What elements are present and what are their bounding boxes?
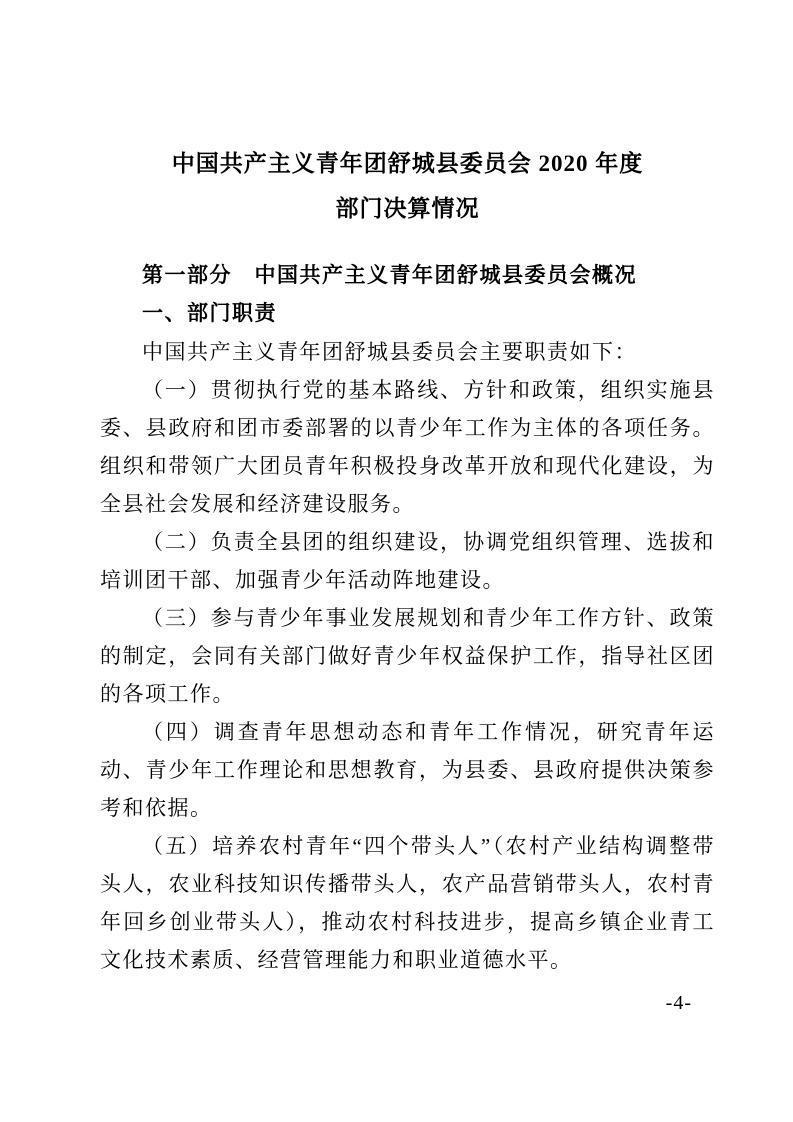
title-line-2: 部门决算情况 <box>100 186 715 231</box>
intro-paragraph: 中国共产主义青年团舒城县委员会主要职责如下： <box>100 333 715 371</box>
duty-paragraph-4: （四）调查青年思想动态和青年工作情况，研究青年运动、青少年工作理论和思想教育，为… <box>100 713 715 827</box>
part-one-heading: 第一部分 中国共产主义青年团舒城县委员会概况 <box>100 257 715 295</box>
section-heading-duties: 一、部门职责 <box>100 295 715 333</box>
title-line-1: 中国共产主义青年团舒城县委员会 2020 年度 <box>100 141 715 186</box>
duty-paragraph-3: （三）参与青少年事业发展规划和青少年工作方针、政策的制定，会同有关部门做好青少年… <box>100 599 715 713</box>
duty-paragraph-2: （二）负责全县团的组织建设，协调党组织管理、选拔和培训团干部、加强青少年活动阵地… <box>100 523 715 599</box>
duty-paragraph-1: （一）贯彻执行党的基本路线、方针和政策，组织实施县委、县政府和团市委部署的以青少… <box>100 371 715 523</box>
document-title: 中国共产主义青年团舒城县委员会 2020 年度 部门决算情况 <box>100 141 715 231</box>
document-page: 中国共产主义青年团舒城县委员会 2020 年度 部门决算情况 第一部分 中国共产… <box>0 0 793 1122</box>
duty-paragraph-5: （五）培养农村青年“四个带头人”（农村产业结构调整带头人，农业科技知识传播带头人… <box>100 827 715 979</box>
page-number: -4- <box>666 992 692 1014</box>
